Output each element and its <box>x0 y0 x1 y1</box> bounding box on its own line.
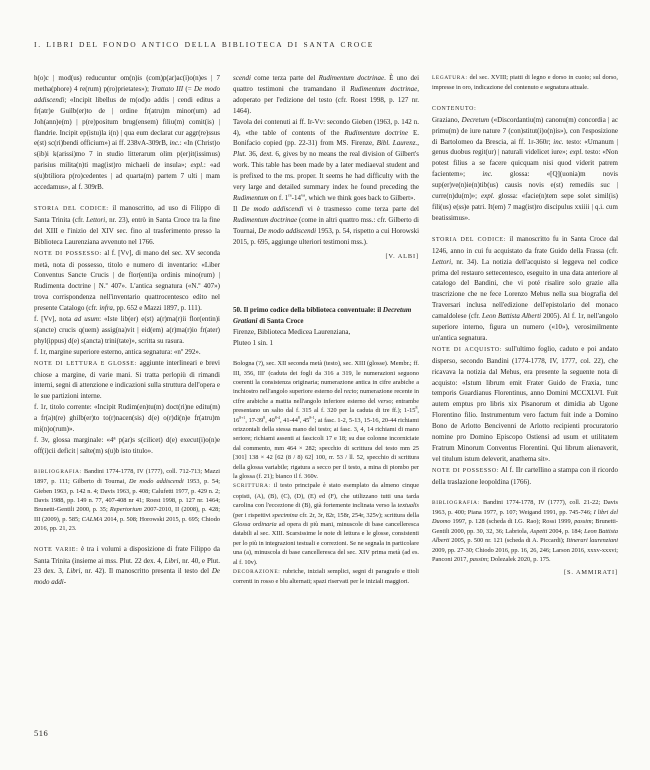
section-label: note di possesso: <box>432 468 499 474</box>
column-1: h(o)c | mod(us) reducuntur om(n)is (com)… <box>34 73 220 588</box>
paragraph: h(o)c | mod(us) reducuntur om(n)is (com)… <box>34 73 220 193</box>
section-contenuto: contenuto: <box>432 103 618 115</box>
paragraph: Tavola dei contenuti ai ff. Ir-Vv: secon… <box>233 117 419 204</box>
section-storia-del-codice: storia del codice: il manoscritto fu in … <box>432 234 618 344</box>
section-storia-del-codice: storia del codice: il manoscritto, ad us… <box>34 203 220 248</box>
paragraph: 50. Il primo codice della biblioteca con… <box>233 305 419 327</box>
section-note-di-possesso: note di possesso: Al f. IIr cartellino a… <box>432 465 618 488</box>
running-head: I. LIBRI DEL FONDO ANTICO DELLA BIBLIOTE… <box>34 40 618 49</box>
author-attribution: [s. ammirati] <box>432 568 618 577</box>
column-2: scendi come terza parte del Rudimentum d… <box>233 73 419 588</box>
section-label: note varie: <box>34 547 78 553</box>
section-label: bibliografia: <box>34 469 82 475</box>
section-note-di-acquisto: note di acquisto: sull'ultimo foglio, ca… <box>432 344 618 465</box>
section-decorazione: decorazione: rubriche, iniziali semplici… <box>233 567 419 587</box>
catalog-page: I. LIBRI DEL FONDO ANTICO DELLA BIBLIOTE… <box>0 0 650 770</box>
paragraph: f. 1r, titolo corrente: «Incipit Rudim(e… <box>34 402 220 435</box>
column-3: legatura: del sec. XVIII; piatti di legn… <box>432 73 618 588</box>
section-label: note di lettura e glosse: <box>34 361 137 367</box>
section-label: scrittura: <box>233 483 271 489</box>
section-note-varie: note varie: è tra i volumi a disposizion… <box>34 544 220 589</box>
page-number: 516 <box>34 728 48 738</box>
section-label: note di possesso: <box>34 251 102 257</box>
author-attribution: [v. albi] <box>233 252 419 261</box>
section-label: legatura: <box>432 75 468 81</box>
section-label: bibliografia: <box>432 500 480 506</box>
paragraph: scendi come terza parte del Rudimentum d… <box>233 73 419 117</box>
paragraph: Graziano, Decretum («Discordantiu(m) can… <box>432 115 618 224</box>
section-label: storia del codice: <box>34 206 109 212</box>
section-bibliografia: bibliografia: Bandini 1774-1778, IV (177… <box>34 467 220 534</box>
repository-line: Firenze, Biblioteca Medicea Laurenziana, <box>233 327 419 338</box>
section-bibliografia: bibliografia: Bandini 1774-1778, IV (177… <box>432 498 618 565</box>
section-legatura: legatura: del sec. XVIII; piatti di legn… <box>432 73 618 93</box>
section-note-di-possesso: note di possesso: al f. [Vv], di mano de… <box>34 248 220 314</box>
paragraph: f. 3v, glossa marginale: «4ª p(ar)s s(ci… <box>34 435 220 457</box>
shelfmark-line: Pluteo 1 sin. 1 <box>233 338 419 349</box>
paragraph: f. [Vv], nota ad usum: «Iste lib(er) e(s… <box>34 314 220 347</box>
section-label: decorazione: <box>233 569 280 575</box>
paragraph: f. 1r, margine superiore esterno, antica… <box>34 347 220 358</box>
section-label: note di acquisto: <box>432 347 502 353</box>
paragraph: Il De modo addiscendi vi è trasmesso com… <box>233 204 419 248</box>
section-note-di-lettura-e-glosse: note di lettura e glosse: aggiunte inter… <box>34 358 220 403</box>
paragraph: Bologna (?), sec. XII seconda metà (test… <box>233 359 419 481</box>
section-label: contenuto: <box>432 106 476 112</box>
section-label: storia del codice: <box>432 237 506 243</box>
text-columns: h(o)c | mod(us) reducuntur om(n)is (com)… <box>34 73 618 588</box>
section-scrittura: scrittura: il testo principale è stato e… <box>233 481 419 567</box>
